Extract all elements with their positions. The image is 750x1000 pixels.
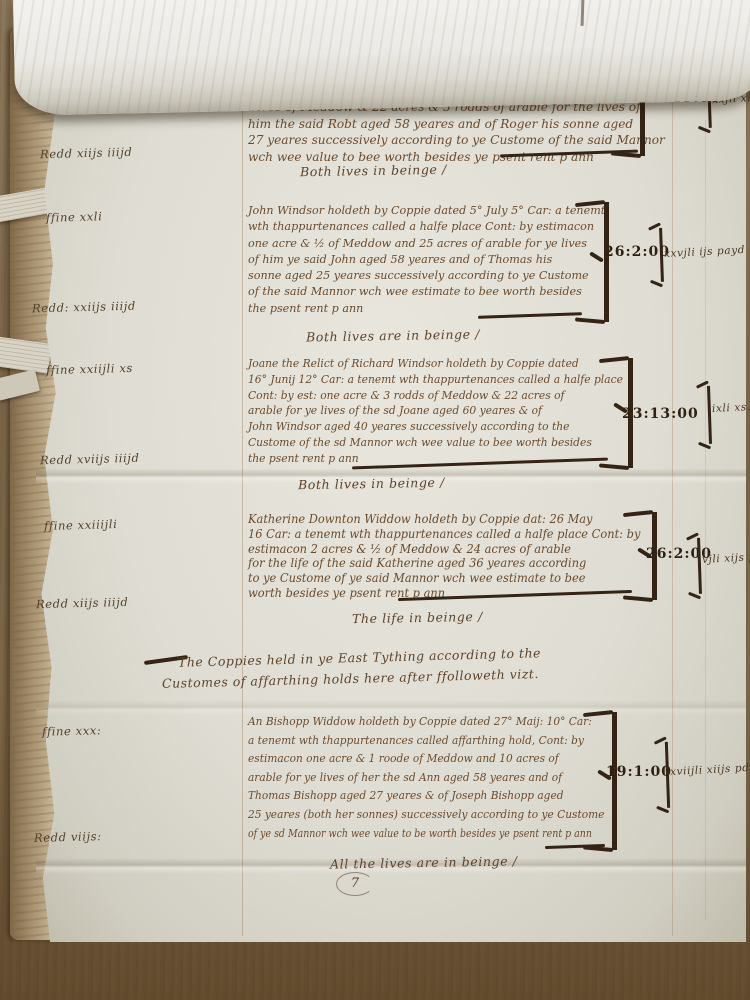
valuation-amount: 23:13:00 — [622, 406, 699, 422]
right-crease-line — [672, 56, 673, 936]
entry-text: John Windsor holdeth by Coppie dated 5° … — [248, 202, 616, 316]
margin-fine-note: ffine xxx: — [42, 723, 102, 739]
manuscript-line: 27 yeares successively according to ye C… — [248, 132, 665, 149]
manuscript-line: of ye sd Mannor wch wee value to be wort… — [248, 824, 592, 843]
manuscript-line: sonne aged 25 yeares successively accord… — [248, 267, 605, 283]
manuscript-line: wth thappurtenances called a halfe place… — [248, 218, 605, 234]
payment-bracket — [657, 742, 670, 808]
manuscript-line: Thomas Bishopp aged 27 yeares & of Josep… — [248, 786, 634, 805]
payment-note: ixli xs. — [712, 401, 750, 415]
manuscript-line: for the life of the said Katherine aged … — [248, 556, 640, 571]
manuscript-line: Katherine Downton Widdow holdeth by Copp… — [248, 512, 640, 527]
manuscript-line: John Windsor aged 40 yeares successively… — [248, 419, 623, 435]
manuscript-line: estimacon one acre & 1 roode of Meddow a… — [248, 749, 634, 768]
curled-previous-page — [13, 0, 750, 116]
margin-rent-note: Redd: xxiijs iiijd — [32, 299, 136, 316]
margin-fine-note: ffine xxiiijli — [44, 517, 118, 533]
manuscript-line: An Bishopp Widdow holdeth by Coppie date… — [248, 712, 634, 731]
manuscript-line: one acre & ½ of Meddow and 25 acres of a… — [248, 235, 605, 251]
margin-rent-note: Redd xiijs iiijd — [36, 595, 129, 611]
manuscript-line: John Windsor holdeth by Coppie dated 5° … — [248, 202, 605, 218]
valuation-bracket — [578, 202, 609, 322]
manuscript-line: a tenemt wth thappurtenances called affa… — [248, 731, 634, 750]
manuscript-line: estimacon 2 acres & ½ of Meddow & 24 acr… — [248, 542, 640, 557]
manuscript-line: him the said Robt aged 58 yeares and of … — [248, 116, 665, 133]
lives-in-being-note: Both lives are in beinge / — [306, 326, 480, 344]
manuscript-line: arable for ye lives of the sd Joane aged… — [248, 403, 623, 419]
margin-fine-note: ffine xxli — [46, 209, 103, 224]
lives-in-being-note: Both lives in beinge / — [300, 162, 447, 180]
valuation-bracket — [586, 712, 617, 850]
entry-text: Katherine Downton Widdow holdeth by Copp… — [248, 512, 661, 601]
margin-rent-note: Redd xiijs iiijd — [40, 145, 133, 161]
manuscript-line: 25 yeares (both her sonnes) successively… — [248, 805, 634, 824]
entry-text: Joane the Relict of Richard Windsor hold… — [248, 356, 651, 467]
manuscript-line: of the said Mannor wch wee estimate to b… — [248, 283, 605, 299]
manuscript-line: arable for ye lives of her the sd Ann ag… — [248, 768, 634, 787]
manuscript-line: Cont: by est: one acre & 3 rodds of Medd… — [248, 388, 623, 404]
margin-fine-note: ffine xxiijli xs — [46, 361, 133, 377]
lives-in-being-note: The life in beinge / — [352, 609, 483, 626]
margin-rule-line — [242, 58, 243, 936]
manuscript-line: 16 Car: a tenemt wth thappurtenances cal… — [248, 527, 640, 542]
payment-bracket — [689, 538, 702, 594]
right-crease-line — [705, 120, 706, 920]
payment-note: vjli xijs paid — [702, 550, 750, 566]
manuscript-line: of him ye said John aged 58 yeares and o… — [248, 251, 605, 267]
manuscript-line: to ye Custome of ye said Mannor wch wee … — [248, 571, 640, 586]
bracket-tick — [589, 251, 604, 262]
manuscript-line: Custome of the sd Mannor wch wee value t… — [248, 435, 623, 451]
margin-rent-note: Redd xviijs iiijd — [40, 451, 140, 468]
margin-rent-note: Redd viijs: — [34, 829, 102, 845]
lives-in-being-note: Both lives in beinge / — [298, 475, 445, 493]
page-number: 7 — [336, 872, 374, 896]
payment-bracket — [699, 386, 712, 444]
manuscript-line: 16° Junij 12° Car: a tenemt wth thappurt… — [248, 372, 623, 388]
manuscript-line: Joane the Relict of Richard Windsor hold… — [248, 356, 623, 372]
manuscript-photo: ffine xxvli Redd xiijs iiijd Robt Seagar… — [0, 0, 750, 1000]
ink-bleedthrough-stroke — [581, 0, 585, 26]
payment-bracket — [651, 228, 664, 282]
